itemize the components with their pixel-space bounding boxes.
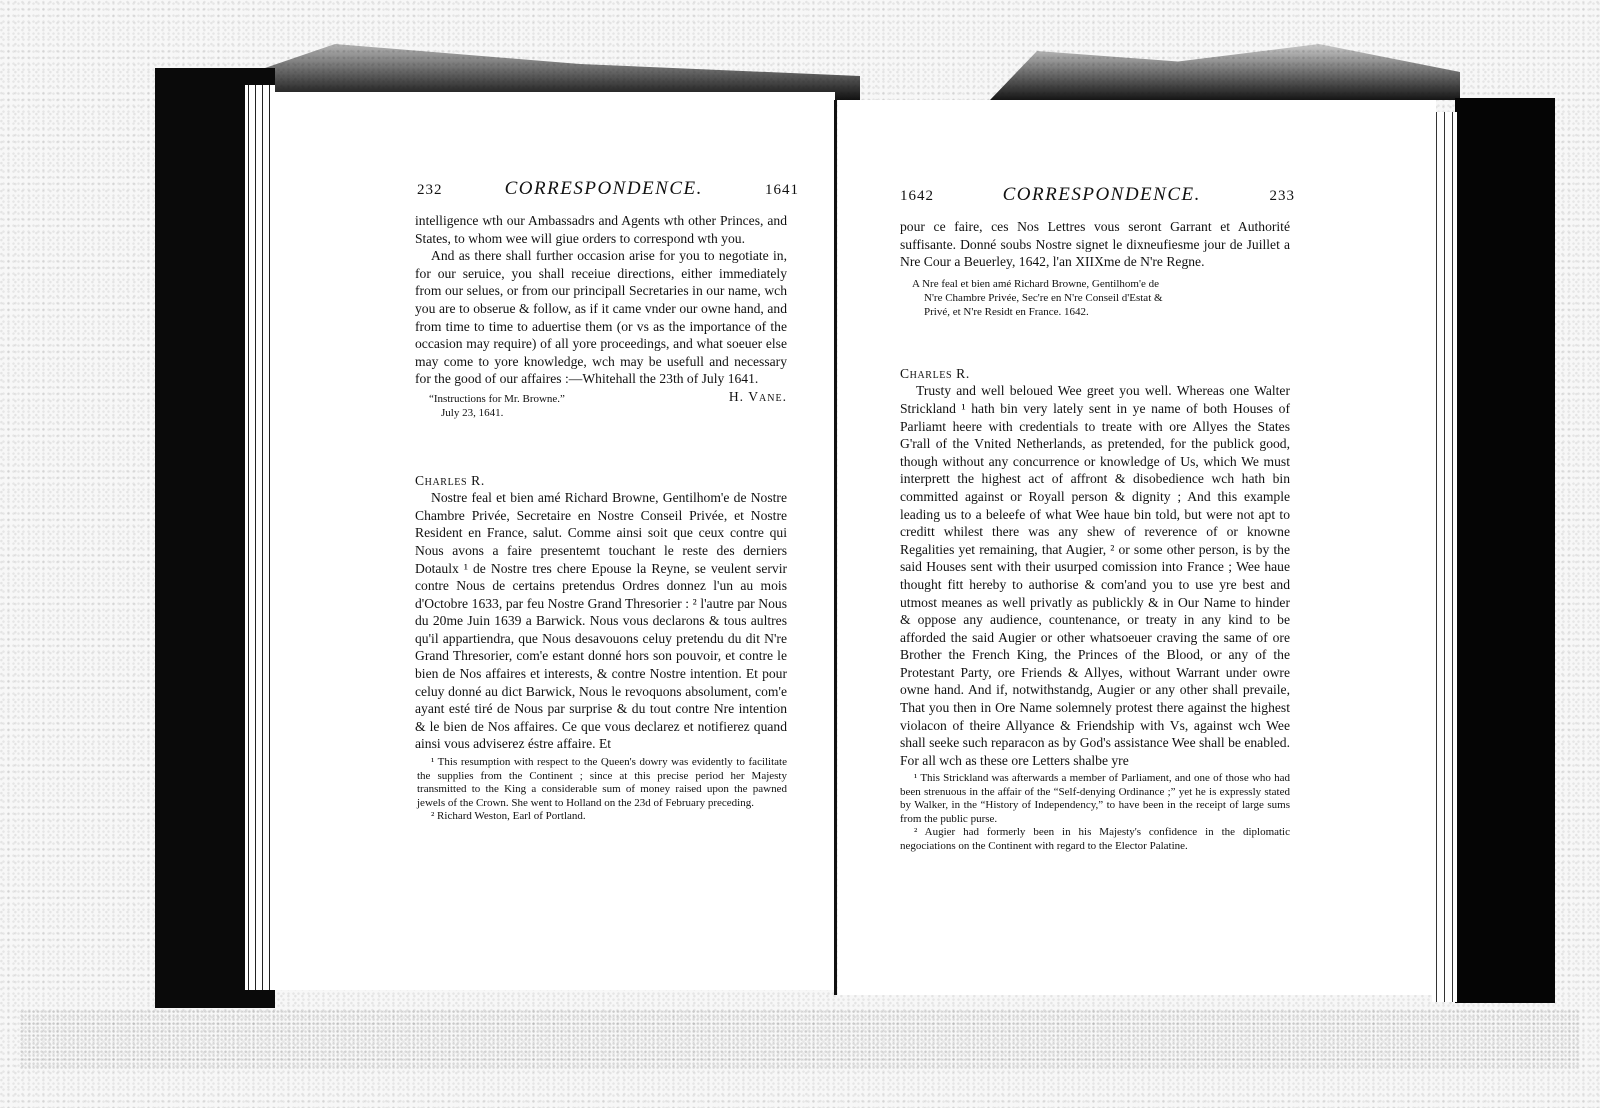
paragraph: pour ce faire, ces Nos Lettres vous sero… xyxy=(900,218,1290,271)
running-title: CORRESPONDENCE. xyxy=(1003,184,1201,206)
letter-body: Trusty and well beloued Wee greet you we… xyxy=(900,382,1290,769)
right-text-block: pour ce faire, ces Nos Lettres vous sero… xyxy=(900,218,1290,769)
endorsement-line: July 23, 1641. xyxy=(441,406,787,420)
address-line: A Nre feal et bien amé Richard Browne, G… xyxy=(912,277,1177,319)
salutation: Charles R. xyxy=(415,472,787,490)
left-running-head: 232 CORRESPONDENCE. 1641 xyxy=(417,178,799,200)
header-year: 1641 xyxy=(765,182,799,199)
running-title: CORRESPONDENCE. xyxy=(505,178,703,200)
header-year: 1642 xyxy=(900,188,934,205)
page-number: 233 xyxy=(1270,188,1296,205)
footnote: ² Richard Weston, Earl of Portland. xyxy=(417,810,787,824)
right-page: 1642 CORRESPONDENCE. 233 pour ce faire, … xyxy=(838,100,1436,995)
salutation: Charles R. xyxy=(900,365,1290,383)
table-surface xyxy=(20,1010,1580,1070)
left-text-block: intelligence wth our Ambassadrs and Agen… xyxy=(415,212,787,753)
book-gutter xyxy=(834,100,837,995)
page-edges-left xyxy=(245,85,275,990)
book-cover-right xyxy=(1455,98,1555,1003)
letter-body: Nostre feal et bien amé Richard Browne, … xyxy=(415,489,787,753)
right-running-head: 1642 CORRESPONDENCE. 233 xyxy=(900,184,1295,206)
footnote: ¹ This resumption with respect to the Qu… xyxy=(417,756,787,810)
left-page: 232 CORRESPONDENCE. 1641 intelligence wt… xyxy=(275,92,835,990)
address-block: A Nre feal et bien amé Richard Browne, G… xyxy=(912,277,1177,319)
page-number: 232 xyxy=(417,182,443,199)
right-footnotes: ¹ This Strickland was afterwards a membe… xyxy=(900,772,1290,853)
footnote: ² Augier had formerly been in his Majest… xyxy=(900,826,1290,853)
footnote: ¹ This Strickland was afterwards a membe… xyxy=(900,772,1290,826)
paragraph: And as there shall further occasion aris… xyxy=(415,247,787,388)
left-footnotes: ¹ This resumption with respect to the Qu… xyxy=(417,756,787,824)
paragraph: intelligence wth our Ambassadrs and Agen… xyxy=(415,212,787,247)
